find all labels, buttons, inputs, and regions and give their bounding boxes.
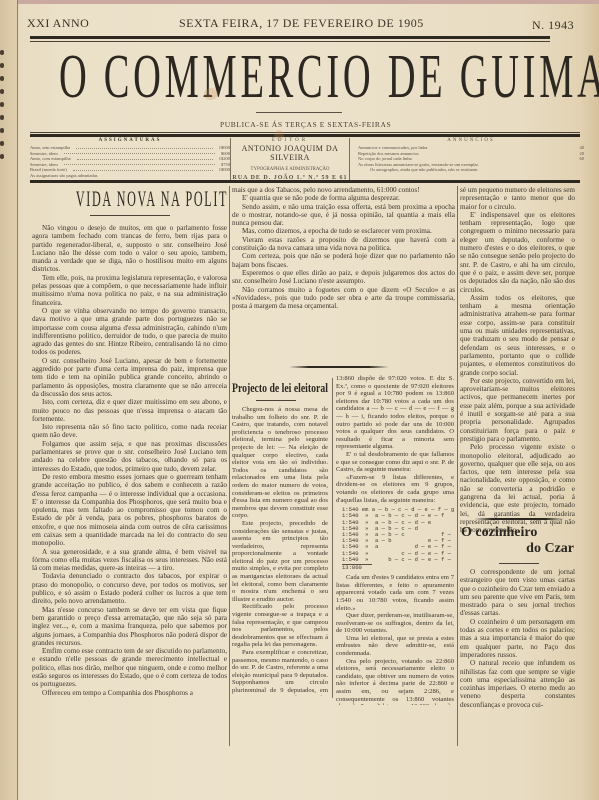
paragraph: E' quantia que se não pode de forma algu…	[232, 194, 455, 202]
paragraph: Emfim como esse contracto tem de ser dis…	[32, 647, 227, 688]
paragraph: Com certeza, pois que não se poderá hoje…	[232, 252, 455, 269]
headline-rule	[256, 400, 296, 401]
masthead-top-rule	[30, 36, 550, 39]
voting-lists-table: 1:540 em a — b — c — d — e — f — g1:540 …	[342, 507, 454, 571]
issue-date: SEXTA FEIRA, 17 DE FEVEREIRO DE 1905	[179, 16, 424, 31]
paragraph: E' o tal desdobramento de que fallamos e…	[336, 451, 454, 474]
issue-number: N. 1943	[532, 18, 574, 33]
masthead-dateline: XXI ANNO SEXTA FEIRA, 17 DE FEVEREIRO DE…	[27, 16, 497, 36]
paragraph: Para exemplificar e concretizar, passemo…	[232, 649, 328, 696]
publication-schedule: PUBLICA-SE ÁS TERÇAS E SEXTAS-FEIRAS	[220, 120, 391, 129]
subscriptions-box: ASSIGNATURAS Anno, sem estampilha1$000 S…	[30, 138, 230, 178]
paragraph: O que se vinha observando no tempo do go…	[32, 307, 227, 357]
masthead-top-rule-thin	[30, 41, 550, 42]
paragraph: Sendo assim, e não uma traição essa offe…	[232, 203, 455, 228]
title-ornament-rule	[256, 112, 342, 113]
paragraph: 13:860 dispõe de 97:020 votos. E diz S. …	[336, 375, 454, 451]
paper-stain	[274, 130, 284, 140]
article-cozinheiro: O correspondente de um jornal estrangeir…	[460, 568, 575, 748]
paragraph: Pelo processo vigente existe o monopolio…	[460, 443, 575, 534]
paragraph: Mas n'esse concurso tambem se deve ter e…	[32, 606, 227, 647]
paragraph: Isto representa não só fino tacto politi…	[32, 423, 227, 440]
paper-stain	[204, 88, 218, 100]
article-vida-nova: VIDA NOVA NA POLITICA Não vingou o desej…	[32, 186, 227, 746]
paragraph: sé um pequeno numero de eleitores sem re…	[460, 186, 575, 211]
newspaper-page: XXI ANNO SEXTA FEIRA, 17 DE FEVEREIRO DE…	[0, 0, 599, 800]
paragraph: Rectificado pelo processo vigente conseg…	[232, 603, 328, 649]
paragraph: Quer dizer, perderam-se, inutilisaram-se…	[336, 612, 454, 635]
headline-cozinheiro-do-czar: O cozinheiro do Czar	[461, 525, 576, 557]
paragraph: «Fazem-se 9 listas differentes, e divide…	[336, 474, 454, 504]
info-band-bottom-rule	[30, 180, 580, 183]
paragraph: Ora pelo projecto, votando os 22:860 ele…	[336, 658, 454, 705]
paragraph: Chegou-nos á nossa mesa de trabalho um f…	[232, 406, 328, 520]
paragraph: O snr. conselheiro José Luciano, apesar …	[32, 357, 227, 398]
article-projecto-col-b: 13:860 dispõe de 97:020 votos. E diz S. …	[336, 375, 454, 705]
paragraph: Cada um d'estes 9 candidatos entra em 7 …	[336, 574, 454, 612]
paragraph: E' indispensavel que os eleitores tenham…	[460, 211, 575, 294]
column-divider	[229, 186, 230, 746]
editor-box: EDITOR ANTONIO JOAQUIM DA SILVEIRA TYPOG…	[230, 138, 350, 180]
paragraph: Mas, como dizemos, a epocha de tudo se e…	[232, 227, 455, 235]
front-page: XXI ANNO SEXTA FEIRA, 17 DE FEVEREIRO DE…	[24, 0, 599, 800]
paragraph: Esperemos o que elles dirão ao paiz, e d…	[232, 269, 455, 286]
paragraph: Uma lei eleitoral, que se presta a estes…	[336, 635, 454, 658]
headline-rule	[90, 215, 170, 216]
advertising-heading: ANNUNCIOS	[358, 138, 584, 143]
paragraph: Não vingou o desejo de muitos, em que o …	[32, 224, 227, 274]
subscriptions-heading: ASSIGNATURAS	[30, 138, 230, 143]
info-band: ASSIGNATURAS Anno, sem estampilha1$000 S…	[24, 136, 584, 180]
paragraph: Isto, com certeza, diz e quer dizer muit…	[32, 398, 227, 423]
paragraph: Offereceu em tempo a Companhia dos Phosp…	[32, 689, 227, 697]
paragraph: Vieram estas razões a proposito de dizer…	[232, 236, 455, 253]
paragraph: De resto embora mesmo esses jornaes que …	[32, 473, 227, 548]
paragraph: O natural receio que infundem os nihilis…	[460, 659, 575, 709]
article-projecto-continued: sé um pequeno numero de eleitores sem re…	[460, 186, 575, 581]
column-divider	[457, 186, 458, 746]
advertising-box: ANNUNCIOS Annuncios e communicados, por …	[358, 138, 584, 173]
binding-spine	[0, 0, 18, 800]
previous-page-text-fragment	[1, 130, 17, 800]
headline-projecto-lei-eleitoral: Projecto de lei eleitoral	[232, 380, 307, 396]
table-total: 13:860	[342, 564, 372, 571]
masthead-bottom-rule-thin	[30, 132, 580, 133]
subscription-note: As assignaturas são pagas adeantadas	[30, 173, 230, 179]
typography-label: TYPOGRAPHIA E ADMINISTRAÇÃO	[231, 167, 349, 172]
paragraph: O correspondente de um jornal estrangeir…	[460, 568, 575, 618]
section-separator	[474, 518, 564, 520]
editor-label: EDITOR	[231, 138, 349, 143]
paragraph: O cozinheiro é um personagem em todas as…	[460, 618, 575, 659]
editor-name: ANTONIO JOAQUIM DA SILVEIRA	[231, 144, 349, 162]
paragraph: Todavia denunciado o contracto dos tabac…	[32, 572, 227, 605]
column-divider	[332, 378, 333, 698]
advertising-note: Os autographos, ainda que não publicados…	[358, 167, 584, 173]
paragraph: Assim todos os eleitores, que tenham a m…	[460, 294, 575, 377]
paragraph: Folgamos que assim seja, e que nas proxi…	[32, 440, 227, 473]
headline-vida-nova: VIDA NOVA NA POLITICA	[76, 186, 183, 212]
section-separator	[289, 366, 389, 368]
paragraph: A sua generosidade, e a sua grande alma,…	[32, 548, 227, 573]
article-projecto-col-a: Chegou-nos á nossa mesa de trabalho um f…	[232, 406, 328, 696]
paragraph: Por este projecto, convertido em lei, ap…	[460, 377, 575, 443]
paragraph: mais que a dos Tabacos, pelo novo arrend…	[232, 186, 455, 194]
paragraph: Não corramos muito a foguetes com o que …	[232, 286, 455, 311]
paragraph: Tem elle, pois, na proxima legislatura r…	[32, 274, 227, 307]
newspaper-title: O COMMERCIO DE GUIMARÃES	[59, 48, 567, 108]
headline-rule	[499, 563, 539, 564]
article-vida-nova-continued: mais que a dos Tabacos, pelo novo arrend…	[232, 186, 455, 361]
paragraph: Este projecto, precedido de consideraçõe…	[232, 520, 328, 604]
volume-label: XXI ANNO	[27, 16, 89, 31]
